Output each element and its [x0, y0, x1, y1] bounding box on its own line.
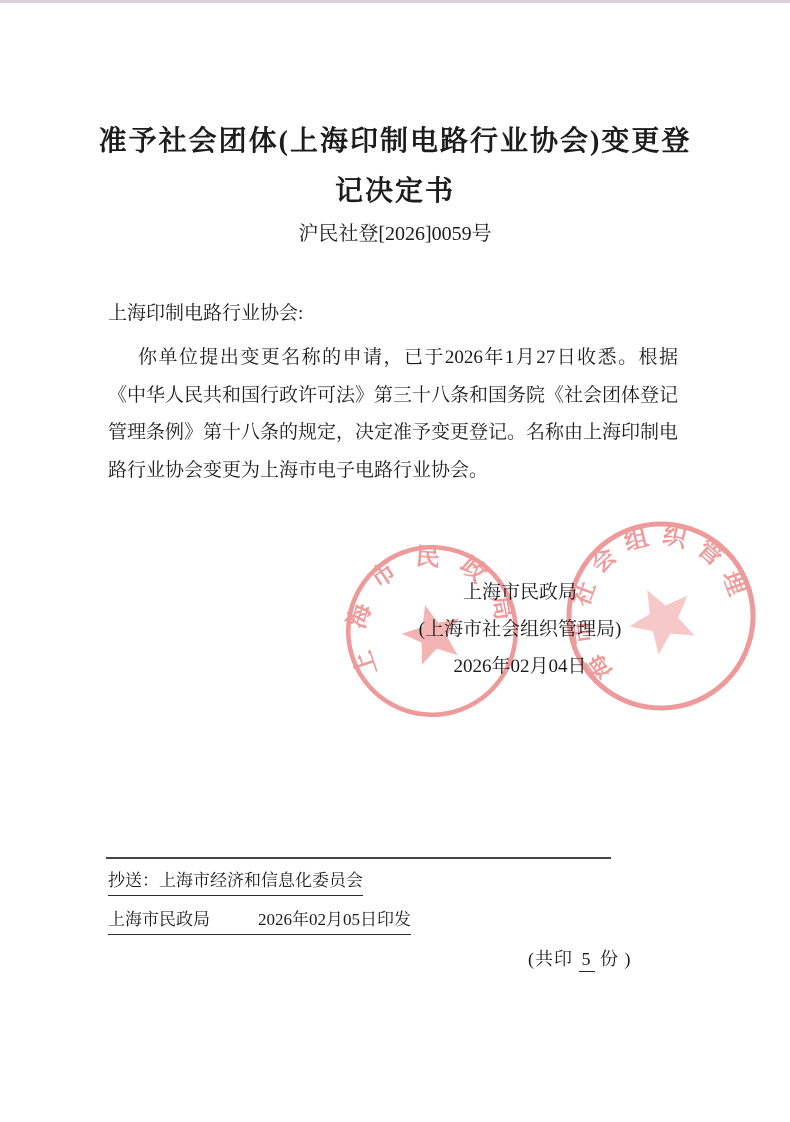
cc-value: 上海市经济和信息化委员会: [159, 871, 363, 890]
signature-org-alt: (上海市社会组织管理局): [360, 611, 680, 648]
addressee: 上海印制电路行业协会:: [108, 295, 680, 333]
signature-org: 上海市民政局: [360, 574, 680, 611]
copies-close: 份 ): [600, 949, 632, 969]
cc-label: 抄送：: [108, 871, 159, 890]
issuer: 上海市民政局: [108, 910, 210, 929]
signature-date: 2026年02月04日: [360, 648, 680, 685]
signature-block: 上海市民政局 (上海市社会组织管理局) 2026年02月04日: [360, 574, 680, 685]
issue-line: 上海市民政局2026年02月05日印发: [108, 909, 411, 935]
body-paragraph: 你单位提出变更名称的申请，已于2026年1月27日收悉。根据《中华人民共和国行政…: [108, 339, 678, 489]
cc-underline: 抄送：上海市经济和信息化委员会: [108, 870, 363, 896]
issue-date: 2026年02月05日印发: [258, 910, 411, 929]
footer-separator: [106, 857, 611, 859]
document-title-line1: 准予社会团体(上海印制电路行业协会)变更登: [60, 117, 730, 167]
document-page: 准予社会团体(上海印制电路行业协会)变更登 记决定书 沪民社登[2026]005…: [0, 0, 790, 1122]
issue-underline: 上海市民政局2026年02月05日印发: [108, 909, 411, 935]
document-title: 准予社会团体(上海印制电路行业协会)变更登 记决定书: [60, 117, 730, 217]
cc-line: 抄送：上海市经济和信息化委员会: [108, 870, 363, 896]
copies-open: (共印: [528, 949, 573, 969]
copies-count: 5: [579, 947, 595, 972]
scan-top-edge: [0, 0, 790, 3]
doc-number: 沪民社登[2026]0059号: [95, 221, 695, 247]
copies-note: (共印 5 份 ): [528, 947, 688, 972]
document-title-line2: 记决定书: [60, 167, 730, 217]
